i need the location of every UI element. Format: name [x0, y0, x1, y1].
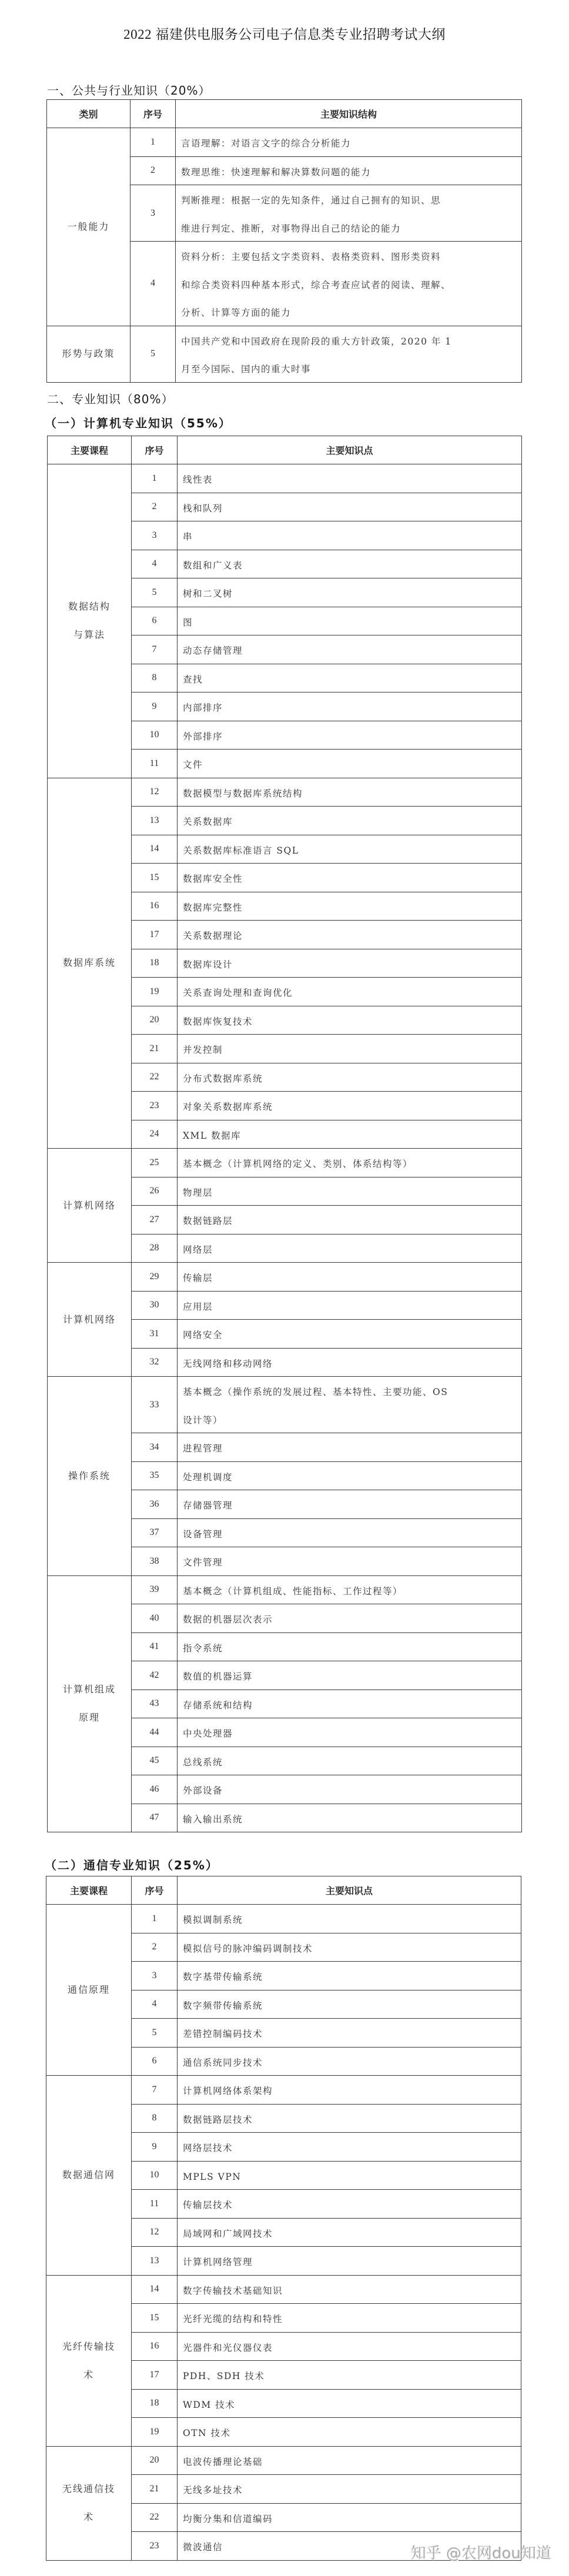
knowledge-line: 和综合类资料四种基本形式，综合考查应试者的阅读、理解、	[181, 270, 521, 298]
item-number: 20	[132, 2446, 178, 2475]
item-number: 16	[132, 2332, 178, 2361]
column-header-number: 序号	[132, 1876, 178, 1905]
knowledge-point: OTN 技术	[178, 2418, 521, 2447]
item-number: 3	[132, 1962, 178, 1990]
item-number: 44	[132, 1718, 178, 1747]
knowledge-point: 资料分析：主要包括文字类资料、表格类资料、图形类资料和综合类资料四种基本形式，综…	[176, 242, 522, 326]
subsection-heading-communication: （二）通信专业知识（25%）	[45, 1856, 219, 1873]
knowledge-line: 数字基带传输系统	[183, 1962, 521, 1990]
category-label: 术	[46, 2361, 131, 2389]
subsection-heading-computer: （一）计算机专业知识（55%）	[45, 414, 232, 431]
knowledge-line: XML 数据库	[183, 1120, 521, 1149]
category-cell: 计算机组成原理	[48, 1575, 132, 1832]
knowledge-point: 输入输出系统	[178, 1804, 522, 1832]
knowledge-line: 分析、计算等方面的能力	[181, 297, 521, 326]
knowledge-point: 串	[178, 521, 522, 550]
knowledge-point: 计算机网络体系架构	[178, 2076, 521, 2105]
item-number: 15	[132, 2304, 178, 2333]
column-header-knowledge-point: 主要知识点	[178, 436, 522, 464]
item-number: 1	[130, 128, 176, 157]
category-label: 计算机网络	[48, 1192, 131, 1220]
knowledge-line: 网络层技术	[183, 2133, 521, 2161]
knowledge-line: 数据链路层技术	[183, 2105, 521, 2133]
table-header-row: 主要课程 序号 主要知识点	[48, 436, 522, 464]
knowledge-line: 基本概念（操作系统的发展过程、基本特性、主要功能、OS	[183, 1377, 521, 1405]
knowledge-line: PDH、SDH 技术	[183, 2361, 521, 2389]
category-label: 数据结构	[48, 593, 131, 621]
item-number: 23	[132, 2532, 178, 2561]
knowledge-point: 存储器管理	[178, 1490, 522, 1519]
knowledge-point: 内部排序	[178, 692, 522, 721]
category-cell: 数据结构与算法	[48, 464, 132, 778]
item-number: 30	[132, 1291, 178, 1320]
knowledge-point: 数据链路层技术	[178, 2104, 521, 2133]
knowledge-point: 光器件和光仪器仪表	[178, 2332, 521, 2361]
knowledge-point: 传输层	[178, 1263, 522, 1292]
knowledge-point: 并发控制	[178, 1035, 522, 1063]
table-row: 数据通信网7计算机网络体系架构	[46, 2076, 521, 2105]
item-number: 8	[132, 2104, 178, 2133]
category-label: 无线通信技	[46, 2475, 131, 2503]
communication-knowledge-table: 主要课程 序号 主要知识点 通信原理1模拟调制系统2模拟信号的脉冲编码调制技术3…	[46, 1876, 521, 2561]
item-number: 12	[132, 2218, 178, 2247]
knowledge-point: 分布式数据库系统	[178, 1063, 522, 1092]
knowledge-point: 数据链路层	[178, 1206, 522, 1235]
knowledge-point: 计算机网络管理	[178, 2247, 521, 2276]
knowledge-point: 数据库完整性	[178, 892, 522, 921]
knowledge-line: 外部排序	[183, 721, 521, 750]
item-number: 24	[132, 1120, 178, 1149]
column-header-course: 主要课程	[48, 436, 132, 464]
knowledge-point: 网络层技术	[178, 2133, 521, 2162]
knowledge-line: 无线多址技术	[183, 2475, 521, 2503]
knowledge-line: 模拟调制系统	[183, 1905, 521, 1933]
category-cell: 光纤传输技术	[46, 2275, 132, 2446]
category-label: 数据通信网	[46, 2161, 131, 2189]
knowledge-line: 光器件和光仪器仪表	[183, 2333, 521, 2361]
knowledge-point: 指令系统	[178, 1632, 522, 1661]
knowledge-line: 判断推理：根据一定的先知条件，通过自己拥有的知识、思	[181, 185, 521, 213]
item-number: 13	[132, 2247, 178, 2276]
knowledge-point: 电波传播理论基础	[178, 2446, 521, 2475]
knowledge-point: 模拟信号的脉冲编码调制技术	[178, 1933, 521, 1962]
item-number: 43	[132, 1690, 178, 1718]
item-number: 6	[132, 2047, 178, 2076]
category-label: 计算机网络	[48, 1306, 131, 1334]
knowledge-point: 关系数据库标准语言 SQL	[178, 835, 522, 864]
knowledge-point: 数据的机器层次表示	[178, 1604, 522, 1633]
item-number: 41	[132, 1632, 178, 1661]
knowledge-line: 设计等）	[183, 1405, 521, 1433]
item-number: 34	[132, 1433, 178, 1462]
knowledge-point: 外部设备	[178, 1775, 522, 1804]
knowledge-point: 通信系统同步技术	[178, 2047, 521, 2076]
knowledge-line: 输入输出系统	[183, 1804, 521, 1832]
item-number: 26	[132, 1177, 178, 1206]
item-number: 18	[132, 2389, 178, 2418]
knowledge-point: 数理思维：快速理解和解决算数问题的能力	[176, 156, 522, 185]
item-number: 14	[132, 2275, 178, 2304]
knowledge-line: 数字频带传输系统	[183, 1990, 521, 2019]
knowledge-line: 树和二叉树	[183, 578, 521, 607]
knowledge-line: 数值的机器运算	[183, 1661, 521, 1690]
item-number: 32	[132, 1348, 178, 1377]
item-number: 16	[132, 892, 178, 921]
item-number: 35	[132, 1461, 178, 1490]
knowledge-line: 物理层	[183, 1177, 521, 1206]
knowledge-line: 计算机网络管理	[183, 2247, 521, 2275]
knowledge-point: 基本概念（操作系统的发展过程、基本特性、主要功能、OS设计等）	[178, 1377, 522, 1433]
item-number: 47	[132, 1804, 178, 1832]
knowledge-point: 无线网络和移动网络	[178, 1348, 522, 1377]
knowledge-line: 月至今国际、国内的重大时事	[181, 354, 521, 382]
item-number: 9	[132, 2133, 178, 2162]
knowledge-line: 查找	[183, 664, 521, 692]
item-number: 36	[132, 1490, 178, 1519]
item-number: 42	[132, 1661, 178, 1690]
document-title: 2022 福建供电服务公司电子信息类专业招聘考试大纲	[0, 24, 569, 43]
knowledge-line: 并发控制	[183, 1035, 521, 1063]
knowledge-point: 应用层	[178, 1291, 522, 1320]
knowledge-point: 数据库安全性	[178, 864, 522, 892]
table-header-row: 类别 序号 主要知识结构	[47, 100, 522, 128]
item-number: 5	[132, 578, 178, 607]
section-heading-public-knowledge: 一、公共与行业知识（20%）	[47, 81, 210, 98]
knowledge-point: 判断推理：根据一定的先知条件，通过自己拥有的知识、思维进行判定、推断，对事物得出…	[176, 185, 522, 242]
item-number: 28	[132, 1234, 178, 1263]
knowledge-point: PDH、SDH 技术	[178, 2361, 521, 2390]
column-header-knowledge: 主要知识结构	[176, 100, 522, 128]
knowledge-line: 言语理解：对语言文字的综合分析能力	[181, 128, 521, 156]
knowledge-line: 关系数据理论	[183, 921, 521, 949]
item-number: 3	[130, 185, 176, 242]
knowledge-line: 存储器管理	[183, 1490, 521, 1518]
knowledge-point: 局域网和广域网技术	[178, 2218, 521, 2247]
item-number: 13	[132, 807, 178, 835]
item-number: 11	[132, 750, 178, 778]
knowledge-line: 电波传播理论基础	[183, 2447, 521, 2475]
column-header-number: 序号	[132, 436, 178, 464]
table-row: 光纤传输技术14数字传输技术基础知识	[46, 2275, 521, 2304]
knowledge-line: 中央处理器	[183, 1718, 521, 1747]
knowledge-line: 文件	[183, 750, 521, 778]
item-number: 5	[132, 2019, 178, 2048]
item-number: 6	[132, 607, 178, 635]
knowledge-line: 应用层	[183, 1292, 521, 1320]
table-row: 操作系统33基本概念（操作系统的发展过程、基本特性、主要功能、OS设计等）	[48, 1377, 522, 1433]
item-number: 38	[132, 1547, 178, 1576]
category-cell: 无线通信技术	[46, 2446, 132, 2560]
table-row: 通信原理1模拟调制系统	[46, 1905, 521, 1933]
knowledge-point: 模拟调制系统	[178, 1905, 521, 1933]
category-cell: 一般能力	[47, 128, 130, 326]
knowledge-point: 言语理解：对语言文字的综合分析能力	[176, 128, 522, 157]
knowledge-point: 差错控制编码技术	[178, 2019, 521, 2048]
knowledge-line: 总线系统	[183, 1747, 521, 1775]
knowledge-line: 数据库设计	[183, 949, 521, 978]
knowledge-line: 传输层技术	[183, 2190, 521, 2218]
knowledge-point: 关系数据库	[178, 807, 522, 835]
knowledge-point: 栈和队列	[178, 493, 522, 521]
knowledge-point: 数字传输技术基础知识	[178, 2275, 521, 2304]
knowledge-point: 树和二叉树	[178, 578, 522, 607]
item-number: 37	[132, 1518, 178, 1547]
knowledge-line: 进程管理	[183, 1433, 521, 1461]
category-cell: 计算机网络	[48, 1263, 132, 1377]
item-number: 27	[132, 1206, 178, 1235]
knowledge-point: 外部排序	[178, 721, 522, 750]
item-number: 33	[132, 1377, 178, 1433]
knowledge-line: 关系数据库标准语言 SQL	[183, 835, 521, 864]
table-header-row: 主要课程 序号 主要知识点	[46, 1876, 521, 1905]
knowledge-point: 文件	[178, 750, 522, 778]
table-row: 计算机组成原理39基本概念（计算机组成、性能指标、工作过程等）	[48, 1575, 522, 1604]
knowledge-line: 设备管理	[183, 1519, 521, 1547]
item-number: 12	[132, 778, 178, 807]
category-cell: 形势与政策	[47, 326, 130, 382]
knowledge-point: 中央处理器	[178, 1718, 522, 1747]
item-number: 45	[132, 1747, 178, 1775]
knowledge-point: 数字频带传输系统	[178, 1990, 521, 2019]
knowledge-line: 均衡分集和信道编码	[183, 2504, 521, 2532]
knowledge-point: 查找	[178, 664, 522, 692]
table-row: 数据库系统12数据模型与数据库系统结构	[48, 778, 522, 807]
table-row: 计算机网络25基本概念（计算机网络的定义、类别、体系结构等）	[48, 1149, 522, 1177]
knowledge-point: 设备管理	[178, 1518, 522, 1547]
computer-knowledge-table: 主要课程 序号 主要知识点 数据结构与算法1线性表2栈和队列3串4数组和广义表5…	[47, 436, 522, 1832]
knowledge-line: 内部排序	[183, 692, 521, 721]
category-cell: 计算机网络	[48, 1149, 132, 1263]
item-number: 2	[132, 493, 178, 521]
item-number: 11	[132, 2190, 178, 2219]
column-header-course: 主要课程	[46, 1876, 132, 1905]
category-cell: 通信原理	[46, 1905, 132, 2076]
table-row: 数据结构与算法1线性表	[48, 464, 522, 493]
item-number: 4	[132, 550, 178, 578]
category-label: 一般能力	[47, 213, 130, 241]
item-number: 14	[132, 835, 178, 864]
knowledge-line: 处理机调度	[183, 1462, 521, 1490]
category-label: 数据库系统	[48, 949, 131, 977]
knowledge-line: 数字传输技术基础知识	[183, 2276, 521, 2304]
knowledge-line: 文件管理	[183, 1547, 521, 1575]
item-number: 2	[132, 1933, 178, 1962]
knowledge-point: 光纤光缆的结构和特性	[178, 2304, 521, 2333]
item-number: 10	[132, 2161, 178, 2190]
item-number: 31	[132, 1320, 178, 1349]
knowledge-line: 数理思维：快速理解和解决算数问题的能力	[181, 157, 521, 185]
knowledge-line: 无线网络和移动网络	[183, 1349, 521, 1377]
item-number: 10	[132, 721, 178, 750]
category-label: 计算机组成	[48, 1675, 131, 1704]
knowledge-line: 指令系统	[183, 1633, 521, 1661]
knowledge-line: 图	[183, 607, 521, 635]
category-cell: 操作系统	[48, 1377, 132, 1576]
knowledge-line: 数组和广义表	[183, 550, 521, 578]
table-row: 一般能力1言语理解：对语言文字的综合分析能力	[47, 128, 522, 157]
knowledge-line: 维进行判定、推断，对事物得出自己的结论的能力	[181, 213, 521, 242]
knowledge-point: XML 数据库	[178, 1120, 522, 1149]
knowledge-line: 线性表	[183, 464, 521, 493]
knowledge-point: 存储系统和结构	[178, 1690, 522, 1718]
item-number: 5	[130, 326, 176, 382]
item-number: 18	[132, 949, 178, 978]
knowledge-line: 网络层	[183, 1235, 521, 1263]
item-number: 2	[130, 156, 176, 185]
knowledge-line: 分布式数据库系统	[183, 1063, 521, 1092]
item-number: 7	[132, 2076, 178, 2105]
knowledge-line: WDM 技术	[183, 2390, 521, 2418]
knowledge-point: WDM 技术	[178, 2389, 521, 2418]
knowledge-point: 数组和广义表	[178, 550, 522, 578]
knowledge-point: 数值的机器运算	[178, 1661, 522, 1690]
knowledge-point: 进程管理	[178, 1433, 522, 1462]
knowledge-point: 物理层	[178, 1177, 522, 1206]
category-label: 形势与政策	[47, 340, 130, 368]
item-number: 4	[132, 1990, 178, 2019]
knowledge-line: 传输层	[183, 1263, 521, 1291]
item-number: 29	[132, 1263, 178, 1292]
item-number: 1	[132, 464, 178, 493]
category-label: 术	[46, 2503, 131, 2531]
knowledge-point: 图	[178, 607, 522, 635]
knowledge-point: 总线系统	[178, 1747, 522, 1775]
item-number: 25	[132, 1149, 178, 1177]
knowledge-line: 关系查询处理和查询优化	[183, 978, 521, 1006]
knowledge-line: 基本概念（计算机网络的定义、类别、体系结构等）	[183, 1149, 521, 1177]
knowledge-line: 数据库完整性	[183, 892, 521, 921]
knowledge-point: 关系查询处理和查询优化	[178, 978, 522, 1006]
item-number: 4	[130, 242, 176, 326]
knowledge-line: 模拟信号的脉冲编码调制技术	[183, 1933, 521, 1962]
column-header-knowledge-point: 主要知识点	[178, 1876, 521, 1905]
item-number: 3	[132, 521, 178, 550]
item-number: 19	[132, 2418, 178, 2447]
category-label: 光纤传输技	[46, 2333, 131, 2361]
knowledge-point: 无线多址技术	[178, 2475, 521, 2504]
knowledge-point: 数据模型与数据库系统结构	[178, 778, 522, 807]
public-knowledge-table: 类别 序号 主要知识结构 一般能力1言语理解：对语言文字的综合分析能力2数理思维…	[46, 99, 522, 383]
knowledge-line: 计算机网络体系架构	[183, 2076, 521, 2104]
knowledge-line: 基本概念（计算机组成、性能指标、工作过程等）	[183, 1576, 521, 1604]
knowledge-line: 数据库安全性	[183, 864, 521, 892]
knowledge-point: 动态存储管理	[178, 635, 522, 664]
knowledge-line: 数据链路层	[183, 1206, 521, 1234]
table-row: 无线通信技术20电波传播理论基础	[46, 2446, 521, 2475]
item-number: 23	[132, 1092, 178, 1120]
category-label: 与算法	[48, 621, 131, 649]
item-number: 22	[132, 2503, 178, 2532]
knowledge-point: MPLS VPN	[178, 2161, 521, 2190]
item-number: 17	[132, 921, 178, 949]
knowledge-point: 数字基带传输系统	[178, 1962, 521, 1990]
knowledge-line: OTN 技术	[183, 2418, 521, 2446]
item-number: 20	[132, 1006, 178, 1035]
knowledge-point: 文件管理	[178, 1547, 522, 1576]
knowledge-line: 外部设备	[183, 1775, 521, 1804]
knowledge-line: 串	[183, 521, 521, 550]
knowledge-line: 资料分析：主要包括文字类资料、表格类资料、图形类资料	[181, 242, 521, 270]
category-cell: 数据库系统	[48, 778, 132, 1149]
knowledge-line: 对象关系数据库系统	[183, 1092, 521, 1120]
item-number: 9	[132, 692, 178, 721]
knowledge-line: 数据库恢复技术	[183, 1006, 521, 1035]
table-row: 形势与政策5中国共产党和中国政府在现阶段的重大方针政策，2020 年 1月至今国…	[47, 326, 522, 382]
item-number: 22	[132, 1063, 178, 1092]
column-header-number: 序号	[130, 100, 176, 128]
knowledge-point: 数据库设计	[178, 949, 522, 978]
knowledge-line: 数据模型与数据库系统结构	[183, 778, 521, 807]
knowledge-line: 动态存储管理	[183, 635, 521, 664]
knowledge-line: 网络安全	[183, 1320, 521, 1348]
knowledge-point: 网络安全	[178, 1320, 522, 1349]
knowledge-line: 差错控制编码技术	[183, 2019, 521, 2047]
knowledge-point: 数据库恢复技术	[178, 1006, 522, 1035]
knowledge-line: 数据的机器层次表示	[183, 1604, 521, 1632]
knowledge-point: 均衡分集和信道编码	[178, 2503, 521, 2532]
knowledge-point: 传输层技术	[178, 2190, 521, 2219]
knowledge-line: 光纤光缆的结构和特性	[183, 2304, 521, 2332]
item-number: 46	[132, 1775, 178, 1804]
item-number: 39	[132, 1575, 178, 1604]
knowledge-point: 线性表	[178, 464, 522, 493]
category-label: 通信原理	[46, 1976, 131, 2004]
item-number: 40	[132, 1604, 178, 1633]
knowledge-point: 基本概念（计算机网络的定义、类别、体系结构等）	[178, 1149, 522, 1177]
table-row: 计算机网络29传输层	[48, 1263, 522, 1292]
knowledge-line: 存储系统和结构	[183, 1690, 521, 1718]
knowledge-line: 局域网和广域网技术	[183, 2219, 521, 2247]
category-label: 操作系统	[48, 1462, 131, 1490]
item-number: 1	[132, 1905, 178, 1933]
category-label: 原理	[48, 1704, 131, 1732]
item-number: 21	[132, 1035, 178, 1063]
knowledge-point: 关系数据理论	[178, 921, 522, 949]
column-header-category: 类别	[47, 100, 130, 128]
item-number: 21	[132, 2475, 178, 2504]
item-number: 15	[132, 864, 178, 892]
knowledge-point: 基本概念（计算机组成、性能指标、工作过程等）	[178, 1575, 522, 1604]
zhihu-watermark: 知乎 @农网dou知道	[411, 2541, 551, 2563]
knowledge-line: 栈和队列	[183, 493, 521, 521]
knowledge-line: MPLS VPN	[183, 2162, 521, 2190]
knowledge-point: 网络层	[178, 1234, 522, 1263]
knowledge-line: 关系数据库	[183, 807, 521, 835]
knowledge-point: 对象关系数据库系统	[178, 1092, 522, 1120]
item-number: 17	[132, 2361, 178, 2390]
knowledge-line: 通信系统同步技术	[183, 2048, 521, 2076]
item-number: 7	[132, 635, 178, 664]
knowledge-point: 处理机调度	[178, 1461, 522, 1490]
category-cell: 数据通信网	[46, 2076, 132, 2276]
item-number: 8	[132, 664, 178, 692]
knowledge-line: 中国共产党和中国政府在现阶段的重大方针政策，2020 年 1	[181, 326, 521, 354]
section-heading-professional-knowledge: 二、专业知识（80%）	[47, 390, 173, 407]
knowledge-point: 中国共产党和中国政府在现阶段的重大方针政策，2020 年 1月至今国际、国内的重…	[176, 326, 522, 382]
item-number: 19	[132, 978, 178, 1006]
